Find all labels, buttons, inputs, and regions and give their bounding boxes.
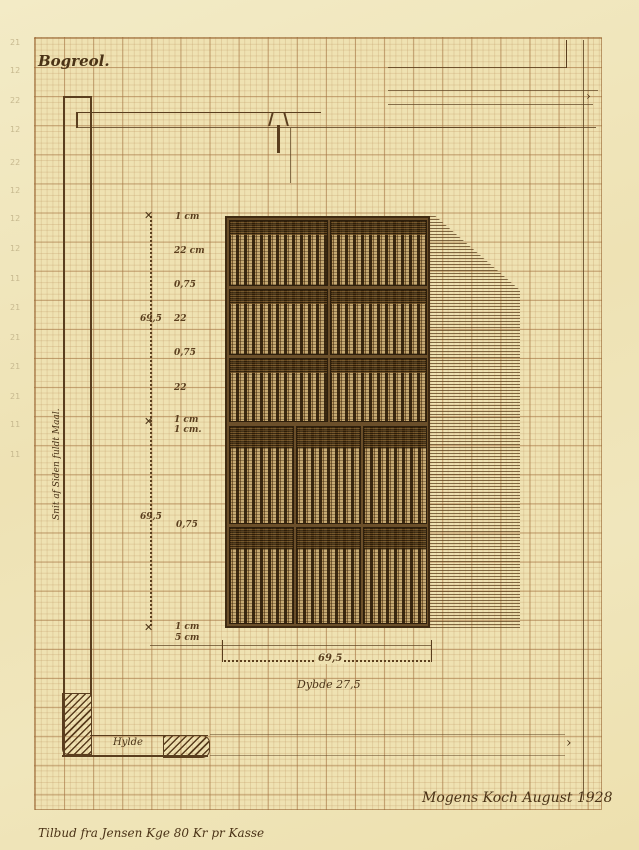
dim-label: 0,75 <box>174 280 196 290</box>
shelf-compartment <box>363 426 427 524</box>
top-board-left-edge <box>76 112 78 128</box>
bottom-right-line-2 <box>210 755 565 756</box>
depth-label: Dybde 27,5 <box>297 678 361 691</box>
dim-label: 22 cm <box>174 246 205 256</box>
margin-number: 21 <box>10 333 20 342</box>
shelf-label: Hylde <box>113 737 143 748</box>
dim-label: 0,75 <box>174 348 196 358</box>
margin-number: 12 <box>10 214 20 223</box>
shelf-compartment <box>229 358 328 422</box>
price-note: Tilbud fra Jensen Kge 80 Kr pr Kasse <box>38 826 264 840</box>
dimension-tick-top-icon: ✕ <box>144 209 153 222</box>
shelf-compartment <box>229 220 328 286</box>
shelf-compartment <box>330 220 427 286</box>
margin-number: 12 <box>10 186 20 195</box>
dimension-tick-mid-icon: ✕ <box>144 415 153 428</box>
margin-number: 12 <box>10 125 20 134</box>
dim-total-lower: 69,5 <box>140 512 162 522</box>
shelf-compartment <box>363 527 427 624</box>
dim-label: 1 cm <box>175 212 199 222</box>
width-dimension-label: 69,5 <box>316 653 344 664</box>
screw-guide-line <box>290 128 291 183</box>
bottom-right-line-1 <box>210 734 565 735</box>
base-line <box>150 645 432 646</box>
shelf-end-hatched <box>163 735 210 758</box>
dimension-tick-bottom-icon: ✕ <box>144 621 153 634</box>
dim-label-bottom: 5 cm <box>175 633 199 643</box>
margin-number: 21 <box>10 303 20 312</box>
dim-label-bottom: 1 cm <box>175 622 199 632</box>
top-right-line-2 <box>388 90 598 91</box>
margin-number: 11 <box>10 450 20 459</box>
dim-label: 22 <box>174 383 187 393</box>
side-section-note: Snit af Siden fuldt Maal. <box>52 408 62 520</box>
margin-number: 21 <box>10 392 20 401</box>
side-profile-top-line <box>63 96 91 98</box>
arrow-right-icon: › <box>586 89 591 103</box>
margin-number: 21 <box>10 362 20 371</box>
shelf-compartment <box>296 527 361 624</box>
shelf-compartment <box>296 426 361 524</box>
top-right-vertical <box>566 40 567 68</box>
top-right-line-1 <box>388 67 566 68</box>
side-section-hatched <box>62 693 92 755</box>
arrow-right-icon: › <box>566 735 572 751</box>
shelf-compartment <box>229 426 294 524</box>
margin-number: 22 <box>10 158 20 167</box>
drawing-title: Bogreol. <box>38 52 110 70</box>
bookcase-elevation <box>225 216 430 628</box>
shelf-compartment <box>330 358 427 422</box>
margin-number: 12 <box>10 244 20 253</box>
margin-number: 21 <box>10 38 20 47</box>
signature: Mogens Koch August 1928 <box>422 790 612 806</box>
top-right-line-3 <box>388 104 593 105</box>
margin-number: 11 <box>10 274 20 283</box>
margin-number: 12 <box>10 66 20 75</box>
width-dim-left-tick <box>222 640 223 662</box>
top-right-line-4 <box>388 127 566 128</box>
shelf-compartment <box>229 527 294 624</box>
dim-label: 22 <box>174 314 187 324</box>
shelf-compartment <box>229 289 328 355</box>
dim-total-upper: 69,5 <box>140 314 162 324</box>
dim-label: 1 cm <box>174 415 198 425</box>
margin-number: 22 <box>10 96 20 105</box>
width-dim-right-tick <box>431 640 432 662</box>
side-profile-outer-line <box>63 96 65 756</box>
dim-label-mid: 1 cm. <box>174 425 202 435</box>
margin-number: 11 <box>10 420 20 429</box>
dim-label-lower: 0,75 <box>176 520 198 530</box>
side-profile-inner-line <box>90 96 92 696</box>
right-vertical-line <box>583 40 584 800</box>
shelf-compartment <box>330 289 427 355</box>
screw-icon <box>277 125 280 153</box>
